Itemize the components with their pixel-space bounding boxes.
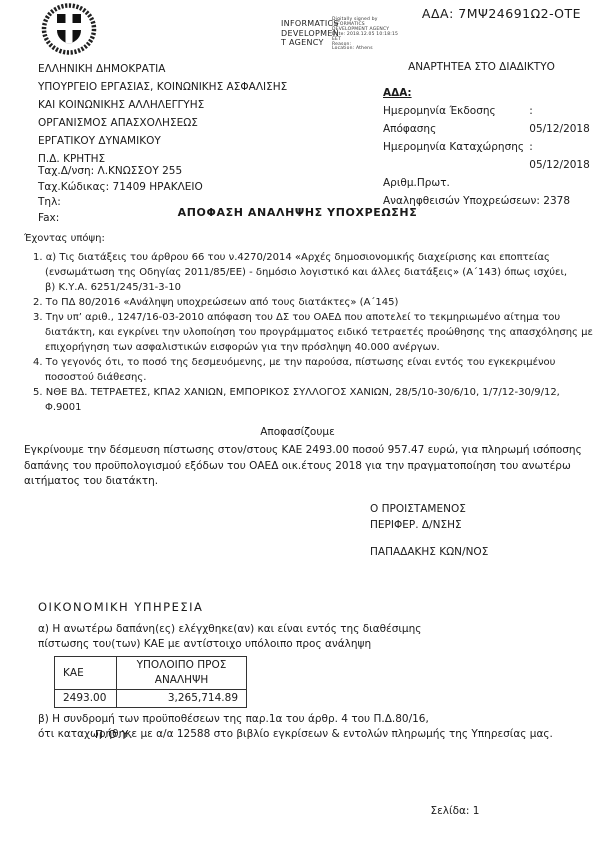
- org-line: ΕΛΛΗΝΙΚΗ ΔΗΜΟΚΡΑΤΙΑ: [38, 60, 287, 78]
- kae-balance-table: ΚΑΕ ΥΠΟΛΟΙΠΟ ΠΡΟΣ ΑΝΑΛΗΨΗ 2493.00 3,265,…: [54, 656, 247, 708]
- signer-name: ΠΑΠΑΔΑΚΗΣ ΚΩΝ/ΝΟΣ: [370, 544, 488, 560]
- balance-cell: 3,265,714.89: [117, 690, 247, 708]
- issue-date-row: Ημερομηνία Έκδοσης Απόφασης : 05/12/2018: [383, 102, 595, 138]
- decision-line: Εγκρίνουμε την δέσμευση πίστωσης στον/στ…: [24, 443, 582, 459]
- address-postcode: Ταχ.Κώδικας: 71409 ΗΡΑΚΛΕΙΟ: [38, 180, 203, 196]
- list-line: 4. Το γεγονός ότι, το ποσό της δεσμευόμε…: [24, 355, 593, 370]
- issue-date-value: : 05/12/2018: [529, 102, 595, 138]
- financial-service-title: ΟΙΚΟΝΟΜΙΚΗ ΥΠΗΡΕΣΙΑ: [38, 600, 553, 615]
- decision-heading: Αποφασίζουμε: [0, 426, 595, 438]
- org-line: ΟΡΓΑΝΙΣΜΟΣ ΑΠΑΣΧΟΛΗΣΕΩΣ: [38, 114, 287, 132]
- sig-line: Date: 2018.12.05 10:18:15: [332, 33, 398, 38]
- ada-code-top: ΑΔΑ: 7ΜΨ24691Ω2-ΟΤΕ: [422, 6, 581, 21]
- decision-line: δαπάνης του προϋπολογισμού εξόδων του ΟΑ…: [24, 459, 582, 475]
- informatics-agency-stamp: INFORMATICS DEVELOPMEN T AGENCY: [281, 19, 339, 48]
- ada-label: ΑΔΑ:: [383, 84, 595, 102]
- balance-column-header: ΥΠΟΛΟΙΠΟ ΠΡΟΣ ΑΝΑΛΗΨΗ: [117, 657, 247, 690]
- list-line: β) Κ.Υ.Α. 6251/245/31-3-10: [24, 280, 593, 295]
- list-line: επιχορήγηση των ασφαλιστικών εισφορών γι…: [24, 340, 593, 355]
- list-line: 2. Το ΠΔ 80/2016 «Ανάληψη υποχρεώσεων απ…: [24, 295, 593, 310]
- org-line: ΕΡΓΑΤΙΚΟΥ ΔΥΝΑΜΙΚΟΥ: [38, 132, 287, 150]
- signer-directorate: ΠΕΡΙΦΕΡ. Δ/ΝΣΗΣ: [370, 517, 488, 533]
- document-page: ΑΔΑ: 7ΜΨ24691Ω2-ΟΤΕ INFORMATICS DEVELOPM…: [0, 0, 595, 842]
- agency-line: DEVELOPMEN: [281, 29, 339, 39]
- address-street: Ταχ.Δ/νση: Λ.ΚΝΩΣΣΟΥ 255: [38, 164, 203, 180]
- agency-line: INFORMATICS: [281, 19, 339, 29]
- registration-date-label: Ημερομηνία Καταχώρησης: [383, 138, 529, 174]
- financial-b-line: β) Η συνδρομή των προϋποθέσεων της παρ.1…: [38, 712, 553, 727]
- greek-emblem-logo: [40, 3, 98, 55]
- registration-date-row: Ημερομηνία Καταχώρησης : 05/12/2018: [383, 138, 595, 174]
- header-left-block: ΕΛΛΗΝΙΚΗ ΔΗΜΟΚΡΑΤΙΑ ΥΠΟΥΡΓΕΙΟ ΕΡΓΑΣΙΑΣ, …: [38, 60, 287, 168]
- signer-block: Ο ΠΡΟΙΣΤΑΜΕΝΟΣ ΠΕΡΙΦΕΡ. Δ/ΝΣΗΣ ΠΑΠΑΔΑΚΗΣ…: [370, 501, 488, 560]
- list-line: 3. Την υπ’ αριθ., 1247/16-03-2010 απόφασ…: [24, 310, 593, 325]
- decision-paragraph: Εγκρίνουμε την δέσμευση πίστωσης στον/στ…: [24, 443, 582, 490]
- digital-signature-details: Digitally signed by INFORMATICS DEVELOPM…: [332, 18, 398, 52]
- header-right-block: ΑΔΑ: Ημερομηνία Έκδοσης Απόφασης : 05/12…: [383, 84, 595, 210]
- decision-line: αιτήματος του διατάκτη.: [24, 474, 582, 490]
- list-line: 5. ΝΘΕ ΒΔ. ΤΕΤΡΑΕΤΕΣ, ΚΠΑ2 ΧΑΝΙΩΝ, ΕΜΠΟΡ…: [24, 385, 593, 400]
- financial-a-line: α) Η ανωτέρω δαπάνη(ες) ελέγχθηκε(αν) κα…: [38, 622, 553, 637]
- registration-date-value: : 05/12/2018: [529, 138, 595, 174]
- kae-column-header: ΚΑΕ: [55, 657, 117, 690]
- agency-line: T AGENCY: [281, 38, 339, 48]
- list-line: 1. α) Τις διατάξεις του άρθρου 66 του ν.…: [24, 250, 593, 265]
- financial-service-section: ΟΙΚΟΝΟΜΙΚΗ ΥΠΗΡΕΣΙΑ α) Η ανωτέρω δαπάνη(…: [38, 600, 553, 742]
- document-title: ΑΠΟΦΑΣΗ ΑΝΑΛΗΨΗΣ ΥΠΟΧΡΕΩΣΗΣ: [0, 206, 595, 219]
- sig-line: Location: Athens: [332, 47, 398, 52]
- coat-of-arms-icon: [40, 3, 98, 55]
- issue-date-label: Ημερομηνία Έκδοσης Απόφασης: [383, 102, 529, 138]
- poy-label: Π.Ο.Υ.: [95, 729, 134, 741]
- kae-cell: 2493.00: [55, 690, 117, 708]
- anartitea-label: ΑΝΑΡΤΗΤΕΑ ΣΤΟ ΔΙΑΔΙΚΤΥΟ: [383, 61, 580, 73]
- list-line: διατάκτη, και εγκρίνει την υλοποίηση του…: [24, 325, 593, 340]
- protocol-number-label: Αριθμ.Πρωτ.: [383, 174, 595, 192]
- page-number: Σελίδα: 1: [380, 805, 530, 817]
- table-header-row: ΚΑΕ ΥΠΟΛΟΙΠΟ ΠΡΟΣ ΑΝΑΛΗΨΗ: [55, 657, 247, 690]
- considerations-intro: Έχοντας υπόψη:: [24, 231, 593, 246]
- list-line: ποσοστού διάθεσης.: [24, 370, 593, 385]
- signer-title: Ο ΠΡΟΙΣΤΑΜΕΝΟΣ: [370, 501, 488, 517]
- org-line: ΚΑΙ ΚΟΙΝΩΝΙΚΗΣ ΑΛΛΗΛΕΓΓΥΗΣ: [38, 96, 287, 114]
- org-line: ΥΠΟΥΡΓΕΙΟ ΕΡΓΑΣΙΑΣ, ΚΟΙΝΩΝΙΚΗΣ ΑΣΦΑΛΙΣΗΣ: [38, 78, 287, 96]
- list-line: Φ.9001: [24, 400, 593, 415]
- financial-a-line: πίστωσης του(των) ΚΑΕ με αντίστοιχο υπόλ…: [38, 637, 553, 652]
- table-row: 2493.00 3,265,714.89: [55, 690, 247, 708]
- considerations-section: Έχοντας υπόψη: 1. α) Τις διατάξεις του ά…: [24, 231, 593, 415]
- list-line: (ενσωμάτωση της Οδηγίας 2011/85/ΕΕ) - δη…: [24, 265, 593, 280]
